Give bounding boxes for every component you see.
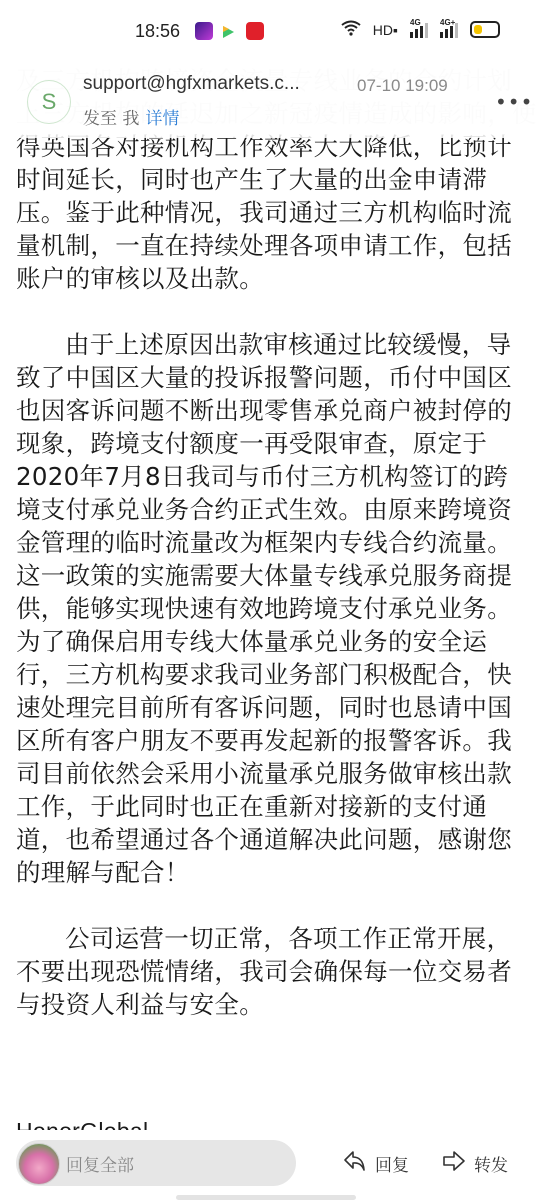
wifi-icon	[341, 20, 361, 39]
sender-avatar[interactable]: S	[27, 80, 71, 124]
status-time: 18:56	[135, 21, 180, 42]
home-indicator[interactable]	[176, 1195, 356, 1200]
paragraph-3: 公司运营一切正常，各项工作正常开展， 不要出现恐慌情绪，我司会确保每一位交易者 …	[16, 922, 524, 1021]
hd-label: HD▪	[373, 22, 398, 38]
reply-all-label: 回复全部	[66, 1151, 134, 1176]
details-link[interactable]: 详情	[145, 109, 179, 129]
status-bar: 18:56 HD▪ 4G 4G+	[0, 0, 540, 62]
battery-icon	[470, 21, 500, 38]
email-date: 07-10 19:09	[357, 76, 448, 96]
video-app-icon	[195, 22, 213, 40]
signal-icon-2: 4G+	[440, 22, 458, 38]
reply-button[interactable]: 回复	[343, 1150, 409, 1177]
paragraph-2: 由于上述原因出款审核通过比较缓慢，导 致了中国区大量的投诉报警问题，币付中国区 …	[16, 328, 524, 889]
red-app-icon	[246, 22, 264, 40]
mail-header: S support@hgfxmarkets.c... 07-10 19:09 发…	[0, 62, 540, 138]
signal-icon-1: 4G	[410, 22, 428, 38]
sender-address[interactable]: support@hgfxmarkets.c...	[83, 73, 300, 95]
tencent-video-icon	[221, 24, 235, 38]
more-options-icon[interactable]: •••	[495, 90, 533, 114]
bottom-action-bar: 回复全部 回复 转发	[0, 1130, 540, 1200]
paragraph-1: 得英国各对接机构工作效率大大降低，比预计 时间延长，同时也产生了大量的出金申请滞…	[16, 130, 524, 295]
forward-button[interactable]: 转发	[442, 1150, 508, 1177]
reply-label: 回复	[375, 1151, 409, 1176]
email-body: 及三方机构跨境资金流量专线业务的合约计划 上三方机构的延迟加之新冠疫情造成的影响…	[0, 0, 540, 1148]
reply-all-button[interactable]: 回复全部	[16, 1140, 296, 1186]
forward-label: 转发	[474, 1151, 508, 1176]
status-icons: HD▪ 4G 4G+	[341, 20, 500, 39]
user-avatar	[18, 1143, 60, 1185]
reply-icon	[343, 1150, 367, 1177]
forward-icon	[442, 1150, 466, 1177]
sent-to-label: 发至 我	[83, 109, 139, 129]
recipient-line: 发至 我详情	[83, 104, 179, 129]
